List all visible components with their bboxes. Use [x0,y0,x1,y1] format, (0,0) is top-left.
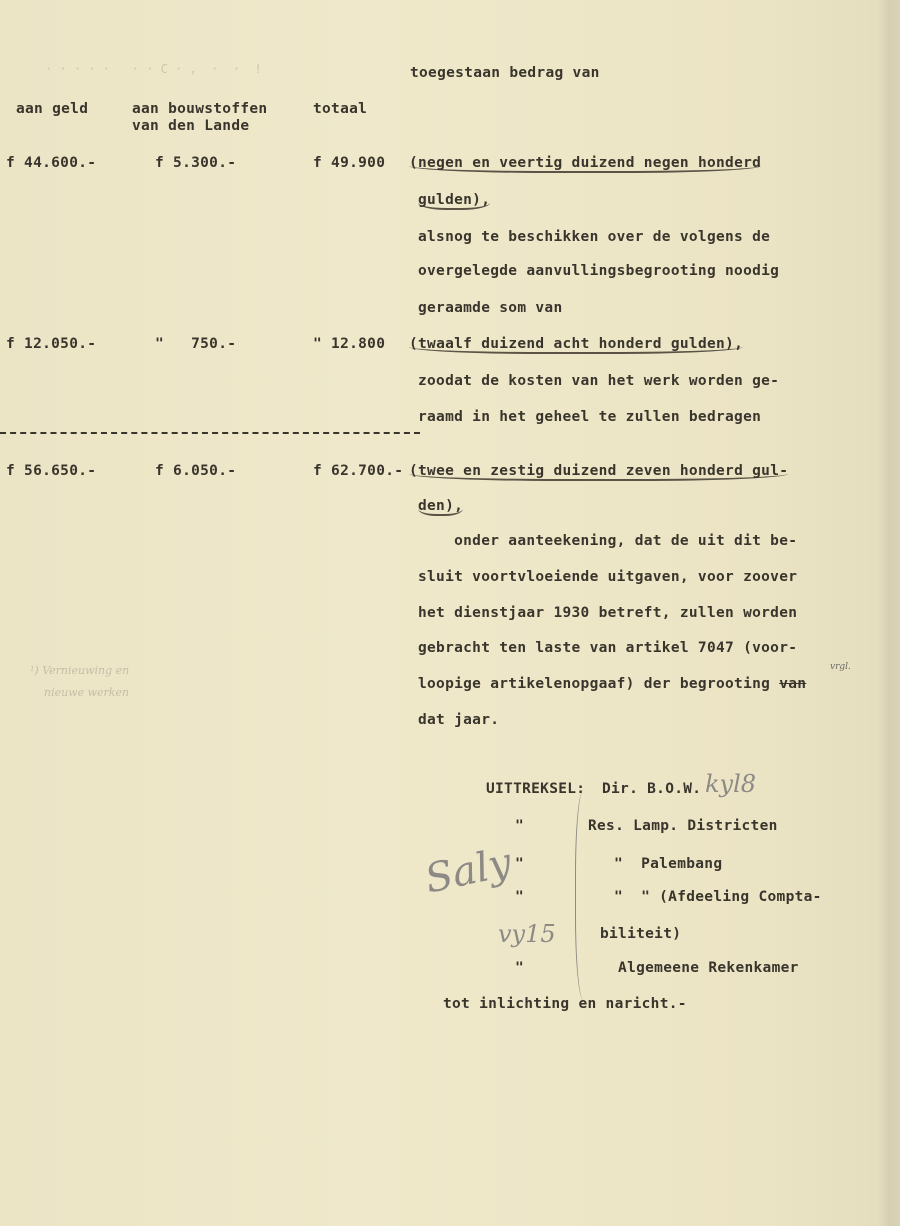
page-edge-shadow [878,0,900,1226]
row2-bouwstoffen: " 750.- [155,336,236,352]
total-separator-line [0,432,420,434]
row1-text-line: gulden), [418,192,490,208]
handwritten-initials-top: kyl8 [705,770,756,798]
row3-bouwstoffen: f 6.050.- [155,463,236,479]
uittreksel-line: biliteit) [600,926,681,942]
handwritten-insert: vrgl. [830,662,851,672]
row2-text-line: raamd in het geheel te zullen bedragen [418,409,761,425]
row3-text-line: den), [418,498,463,514]
heading: toegestaan bedrag van [410,65,600,81]
column-header-totaal: totaal [313,101,367,117]
ditto-mark: " [515,856,524,872]
row2-text-line: zoodat de kosten van het werk worden ge- [418,373,779,389]
note-line: onder aanteekening, dat de uit dit be- [418,533,797,549]
margin-note: ¹) Vernieuwing en [30,664,129,677]
note-line: sluit voortvloeiende uitgaven, voor zoov… [418,569,797,585]
row2-text-line: (twaalf duizend acht honderd gulden), [409,336,743,352]
ditto-mark: " [515,818,524,834]
ditto-mark: " [515,889,524,905]
row2-totaal: " 12.800 [313,336,385,352]
struck-word: van [779,676,806,692]
uittreksel-line: " " (Afdeeling Compta- [614,889,822,905]
row1-text-line: (negen en veertig duizend negen honderd [409,155,761,171]
row1-totaal: f 49.900 [313,155,385,171]
closing-line: tot inlichting en naricht.- [443,996,687,1012]
uittreksel-line: Algemeene Rekenkamer [600,960,799,976]
column-header-bouwstoffen: aan bouwstoffen [132,101,267,117]
row2-geld: f 12.050.- [6,336,96,352]
note-line: loopige artikelenopgaaf) der begrooting … [418,676,806,692]
row1-text-line: alsnog te beschikken over de volgens de [418,229,770,245]
note-line: dat jaar. [418,712,499,728]
row1-text-line: geraamde som van [418,300,562,316]
row1-bouwstoffen: f 5.300.- [155,155,236,171]
row3-totaal: f 62.700.- [313,463,403,479]
uittreksel-line: " Palembang [614,856,722,872]
row1-text-line: overgelegde aanvullingsbegrooting noodig [418,263,779,279]
column-header-geld: aan geld [16,101,88,117]
margin-note: nieuwe werken [44,686,129,699]
row3-geld: f 56.650.- [6,463,96,479]
handwritten-bracket [575,790,596,1000]
note-line: het dienstjaar 1930 betreft, zullen word… [418,605,797,621]
column-header-bouwstoffen-sub: van den Lande [132,118,249,134]
note-line: gebracht ten laste van artikel 7047 (voo… [418,640,797,656]
row3-text-line: (twee en zestig duizend zeven honderd gu… [409,463,788,479]
faint-header-text: · · · · · · · C · , · · ! [45,62,262,76]
uittreksel-line: Res. Lamp. Districten [588,818,778,834]
ditto-mark: " [515,960,524,976]
uittreksel-label: UITTREKSEL: [486,781,585,797]
row1-geld: f 44.600.- [6,155,96,171]
uittreksel-line: Dir. B.O.W. [602,781,701,797]
handwritten-initials-bottom: vy15 [498,920,556,948]
